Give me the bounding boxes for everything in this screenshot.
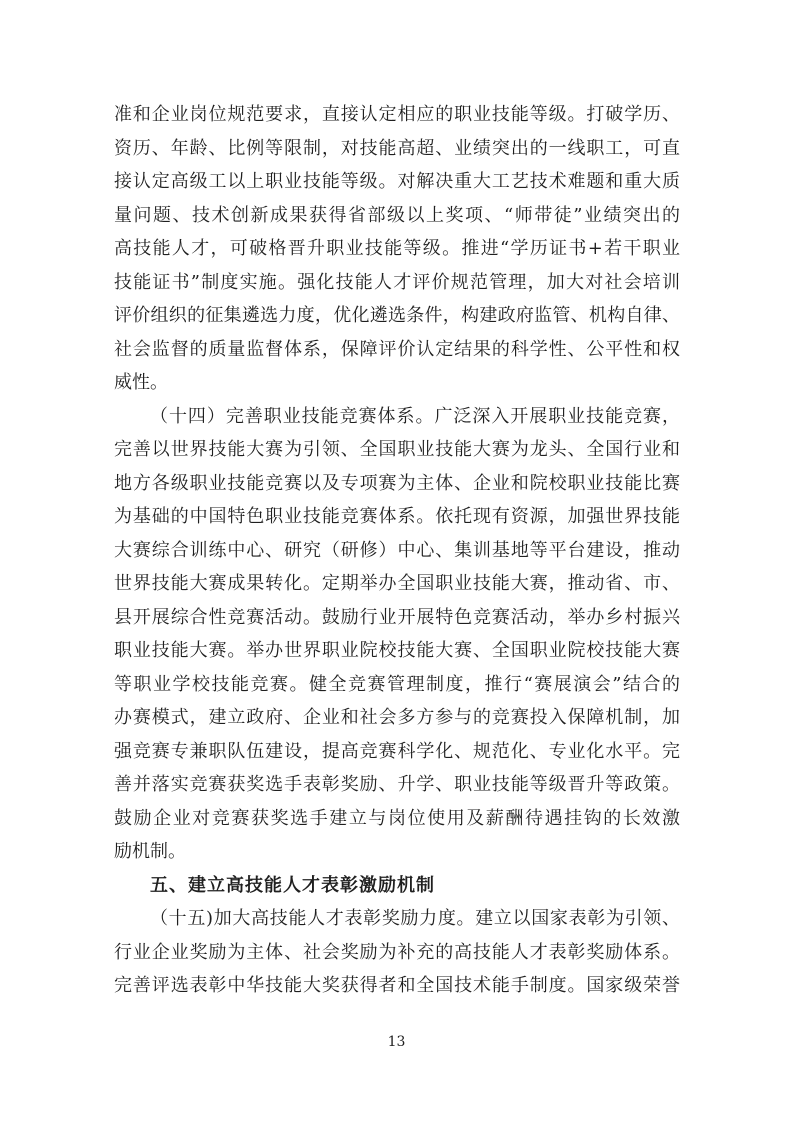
body-line: 准和企业岗位规范要求，直接认定相应的职业技能等级。打破学历、	[114, 98, 680, 132]
body-line: 励机制。	[114, 835, 680, 869]
body-line: 高技能人才，可破格晋升职业技能等级。推进“学历证书+若干职业	[114, 232, 680, 266]
body-line: 世界技能大赛成果转化。定期举办全国职业技能大赛，推动省、市、	[114, 567, 680, 601]
body-line: 县开展综合性竞赛活动。鼓励行业开展特色竞赛活动，举办乡村振兴	[114, 601, 680, 635]
document-body: 准和企业岗位规范要求，直接认定相应的职业技能等级。打破学历、 资历、年龄、比例等…	[114, 98, 680, 1003]
paragraph-continuation: 准和企业岗位规范要求，直接认定相应的职业技能等级。打破学历、 资历、年龄、比例等…	[114, 98, 680, 400]
paragraph-item-15: （十五)加大高技能人才表彰奖励力度。建立以国家表彰为引领、 行业企业奖励为主体、…	[114, 902, 680, 1003]
body-line: 大赛综合训练中心、研究（研修）中心、集训基地等平台建设，推动	[114, 534, 680, 568]
section-heading-5: 五、建立高技能人才表彰激励机制	[114, 869, 680, 903]
document-page: 准和企业岗位规范要求，直接认定相应的职业技能等级。打破学历、 资历、年龄、比例等…	[0, 0, 793, 1122]
body-line: 接认定高级工以上职业技能等级。对解决重大工艺技术难题和重大质	[114, 165, 680, 199]
body-line: 办赛模式，建立政府、企业和社会多方参与的竞赛投入保障机制，加	[114, 701, 680, 735]
body-line: 完善评选表彰中华技能大奖获得者和全国技术能手制度。国家级荣誉	[114, 969, 680, 1003]
body-line: 职业技能大赛。举办世界职业院校技能大赛、全国职业院校技能大赛	[114, 634, 680, 668]
body-line: 等职业学校技能竞赛。健全竞赛管理制度，推行“赛展演会”结合的	[114, 668, 680, 702]
body-line: 资历、年龄、比例等限制，对技能高超、业绩突出的一线职工，可直	[114, 132, 680, 166]
body-line: 完善以世界技能大赛为引领、全国职业技能大赛为龙头、全国行业和	[114, 433, 680, 467]
section-heading-text: 五、建立高技能人才表彰激励机制	[114, 869, 680, 903]
body-line: 为基础的中国特色职业技能竞赛体系。依托现有资源，加强世界技能	[114, 500, 680, 534]
paragraph-item-14: （十四）完善职业技能竞赛体系。广泛深入开展职业技能竞赛， 完善以世界技能大赛为引…	[114, 400, 680, 869]
body-line: 技能证书”制度实施。强化技能人才评价规范管理，加大对社会培训	[114, 266, 680, 300]
body-line: 量问题、技术创新成果获得省部级以上奖项、“师带徒”业绩突出的	[114, 199, 680, 233]
body-line: 善并落实竞赛获奖选手表彰奖励、升学、职业技能等级晋升等政策。	[114, 768, 680, 802]
body-line: 强竞赛专兼职队伍建设，提高竞赛科学化、规范化、专业化水平。完	[114, 735, 680, 769]
body-line: 评价组织的征集遴选力度，优化遴选条件，构建政府监管、机构自律、	[114, 299, 680, 333]
body-line: （十五)加大高技能人才表彰奖励力度。建立以国家表彰为引领、	[114, 902, 680, 936]
body-line: 威性。	[114, 366, 680, 400]
body-line: 鼓励企业对竞赛获奖选手建立与岗位使用及薪酬待遇挂钩的长效激	[114, 802, 680, 836]
body-line: 社会监督的质量监督体系，保障评价认定结果的科学性、公平性和权	[114, 333, 680, 367]
page-number: 13	[0, 1033, 793, 1051]
body-line: 地方各级职业技能竞赛以及专项赛为主体、企业和院校职业技能比赛	[114, 467, 680, 501]
body-line: （十四）完善职业技能竞赛体系。广泛深入开展职业技能竞赛，	[114, 400, 680, 434]
body-line: 行业企业奖励为主体、社会奖励为补充的高技能人才表彰奖励体系。	[114, 936, 680, 970]
